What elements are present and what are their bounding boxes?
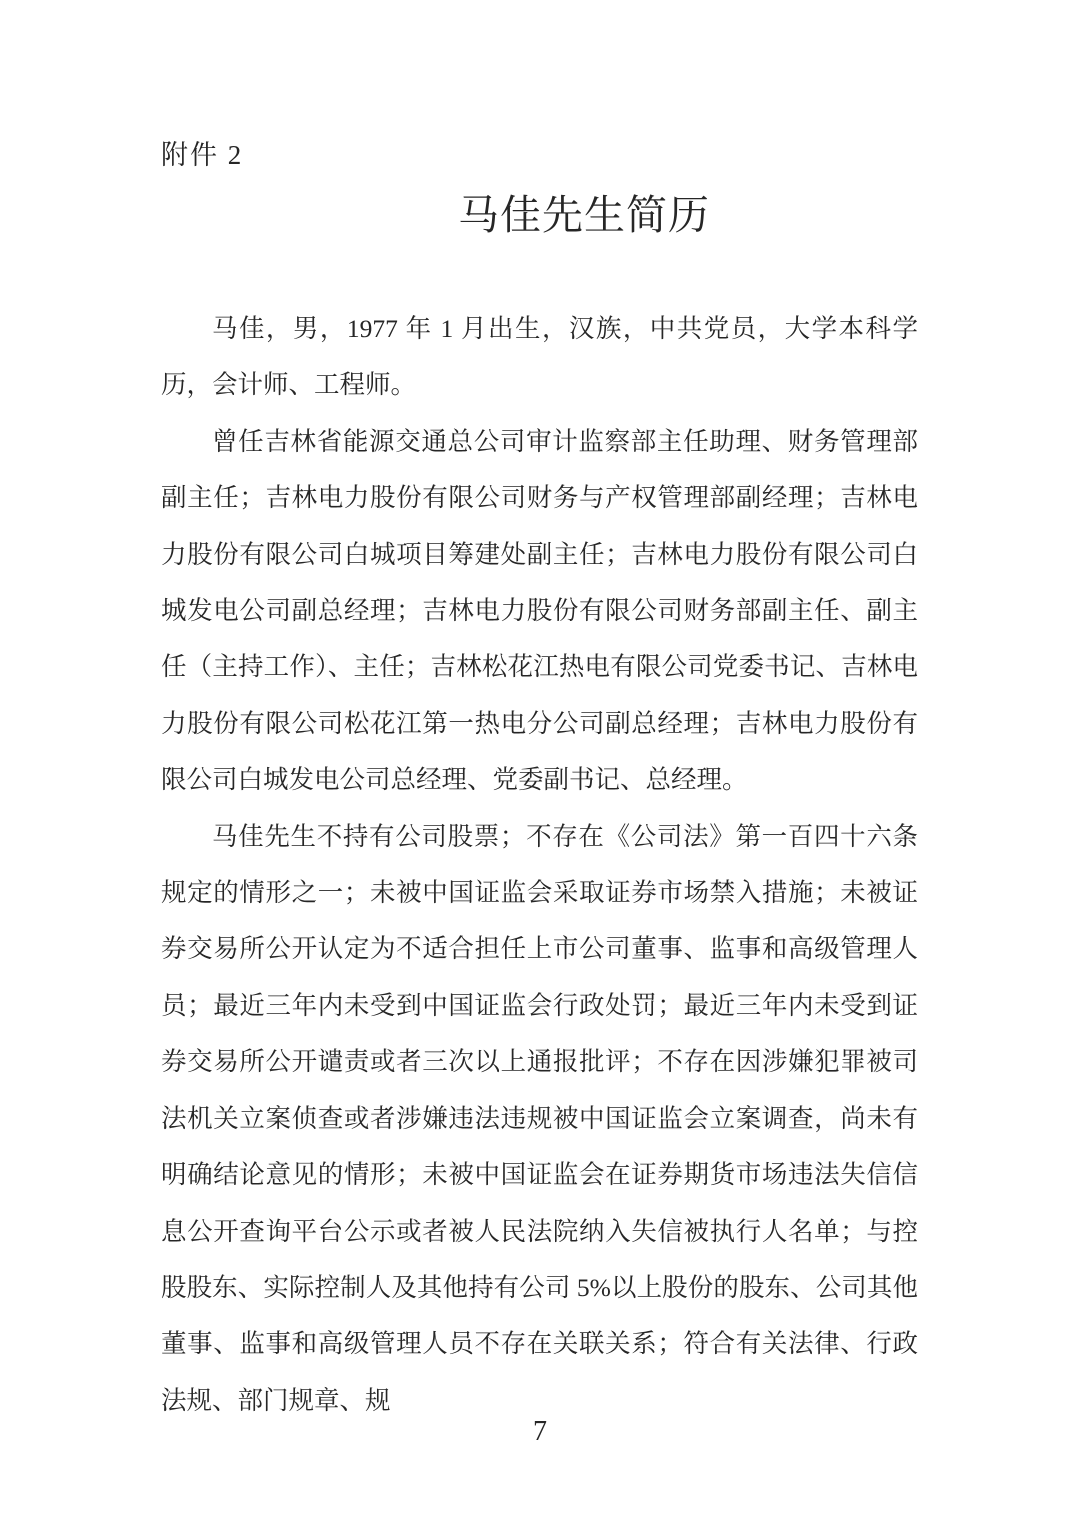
paragraph-career-history: 曾任吉林省能源交通总公司审计监察部主任助理、财务管理部副主任；吉林电力股份有限公… [161, 414, 918, 809]
document-page: 附件 2 马佳先生简历 马佳，男，1977 年 1 月出生，汉族，中共党员，大学… [0, 0, 1080, 1527]
page-number: 7 [0, 1415, 1080, 1449]
document-body: 马佳，男，1977 年 1 月出生，汉族，中共党员，大学本科学历，会计师、工程师… [161, 301, 918, 1429]
paragraph-compliance-statement: 马佳先生不持有公司股票；不存在《公司法》第一百四十六条规定的情形之一；未被中国证… [161, 809, 918, 1429]
paragraph-personal-info: 马佳，男，1977 年 1 月出生，汉族，中共党员，大学本科学历，会计师、工程师… [161, 301, 918, 414]
page-title: 马佳先生简历 [0, 191, 1080, 239]
attachment-label: 附件 2 [161, 138, 243, 172]
